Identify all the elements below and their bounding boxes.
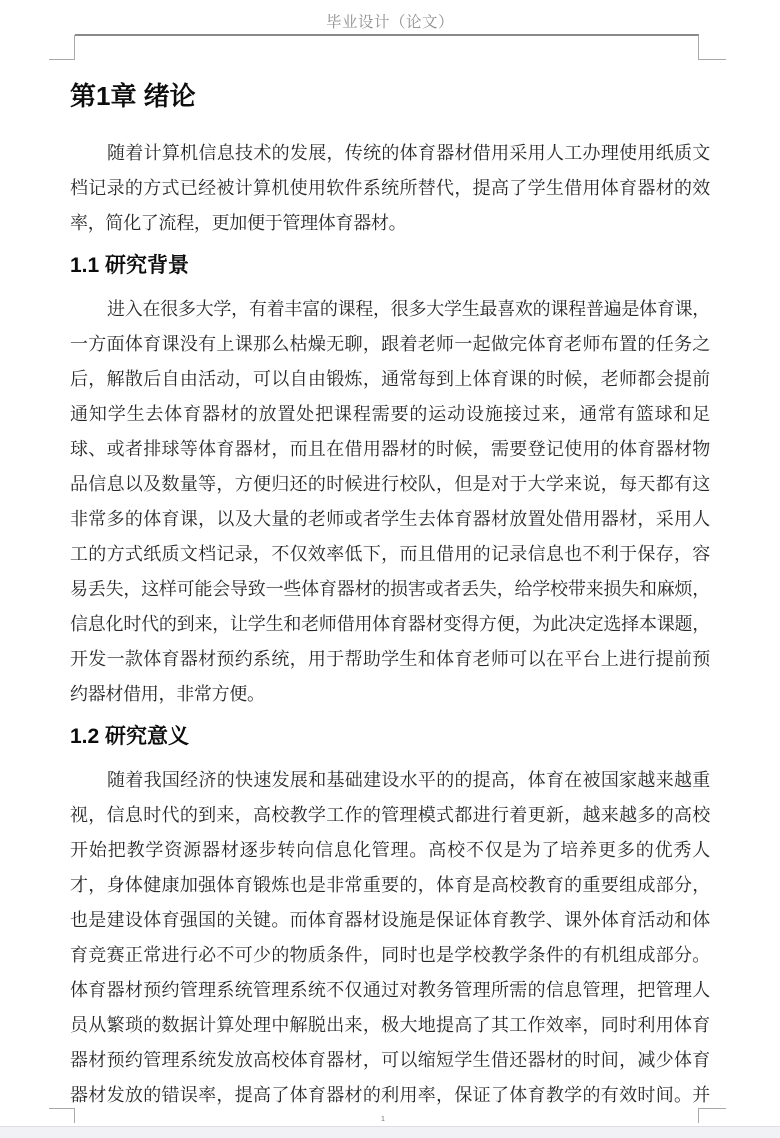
text-line: 非常多的体育课，以及大量的老师或者学生去体育器材放置处借用器材，采用人 xyxy=(70,502,710,537)
section-heading-1-2: 1.2 研究意义 xyxy=(70,723,710,750)
text-line: 易丢失，这样可能会导致一些体育器材的损害或者丢失，给学校带来损失和麻烦， xyxy=(70,572,710,607)
text-line: 器材发放的错误率，提高了体育器材的利用率，保证了体育教学的有效时间。并 xyxy=(70,1078,710,1113)
text-line: 也是建设体育强国的关键。而体育器材设施是保证体育教学、课外体育活动和体 xyxy=(70,903,710,938)
text-line: 视，信息时代的到来，高校教学工作的管理模式都进行着更新，越来越多的高校 xyxy=(70,798,710,833)
text-line: 后，解散后自由活动，可以自由锻炼，通常每到上体育课的时候，老师都会提前 xyxy=(70,362,710,397)
intro-paragraph: 随着计算机信息技术的发展，传统的体育器材借用采用人工办理使用纸质文 档记录的方式… xyxy=(70,136,710,241)
text-line: 档记录的方式已经被计算机使用软件系统所替代，提高了学生借用体育器材的效 xyxy=(70,171,710,206)
chapter-heading: 第1章 绪论 xyxy=(70,80,710,112)
text-line: 一方面体育课没有上课那么枯燥无聊，跟着老师一起做完体育老师布置的任务之 xyxy=(70,327,710,362)
document-body: 第1章 绪论 随着计算机信息技术的发展，传统的体育器材借用采用人工办理使用纸质文… xyxy=(70,0,710,1113)
text-line: 随着计算机信息技术的发展，传统的体育器材借用采用人工办理使用纸质文 xyxy=(70,136,710,171)
text-line: 球、或者排球等体育器材，而且在借用器材的时候，需要登记使用的体育器材物 xyxy=(70,432,710,467)
app-canvas-background xyxy=(0,1127,780,1137)
text-line: 随着我国经济的快速发展和基础建设水平的的提高，体育在被国家越来越重 xyxy=(70,763,710,798)
text-line: 育竞赛正常进行必不可少的物质条件，同时也是学校教学条件的有机组成部分。 xyxy=(70,938,710,973)
text-line: 开发一款体育器材预约系统，用于帮助学生和体育老师可以在平台上进行提前预 xyxy=(70,642,710,677)
text-line: 体育器材预约管理系统管理系统不仅通过对教务管理所需的信息管理，把管理人 xyxy=(70,973,710,1008)
text-line: 器材预约管理系统发放高校体育器材，可以缩短学生借还器材的时间，减少体育 xyxy=(70,1043,710,1078)
text-line: 信息化时代的到来，让学生和老师借用体育器材变得方便，为此决定选择本课题， xyxy=(70,607,710,642)
text-line: 开始把教学资源器材逐步转向信息化管理。高校不仅是为了培养更多的优秀人 xyxy=(70,833,710,868)
text-line: 率，简化了流程，更加便于管理体育器材。 xyxy=(70,206,710,241)
text-line: 进入在很多大学，有着丰富的课程，很多大学生最喜欢的课程普遍是体育课， xyxy=(70,292,710,327)
section-1-1-paragraph: 进入在很多大学，有着丰富的课程，很多大学生最喜欢的课程普遍是体育课， 一方面体育… xyxy=(70,292,710,712)
section-1-2-paragraph: 随着我国经济的快速发展和基础建设水平的的提高，体育在被国家越来越重 视，信息时代… xyxy=(70,763,710,1113)
text-line: 约器材借用，非常方便。 xyxy=(70,677,710,712)
text-line: 员从繁琐的数据计算处理中解脱出来，极大地提高了其工作效率，同时利用体育 xyxy=(70,1008,710,1043)
text-line: 通知学生去体育器材的放置处把课程需要的运动设施接过来，通常有篮球和足 xyxy=(70,397,710,432)
text-line: 品信息以及数量等，方便归还的时候进行校队，但是对于大学来说，每天都有这 xyxy=(70,467,710,502)
footer-page-number: 1 xyxy=(381,1116,385,1123)
document-page: 毕业设计（论文） 第1章 绪论 随着计算机信息技术的发展，传统的体育器材借用采用… xyxy=(0,0,780,1127)
text-line: 工的方式纸质文档记录，不仅效率低下，而且借用的记录信息也不利于保存，容 xyxy=(70,537,710,572)
section-heading-1-1: 1.1 研究背景 xyxy=(70,252,710,279)
text-line: 才，身体健康加强体育锻炼也是非常重要的，体育是高校教育的重要组成部分， xyxy=(70,868,710,903)
